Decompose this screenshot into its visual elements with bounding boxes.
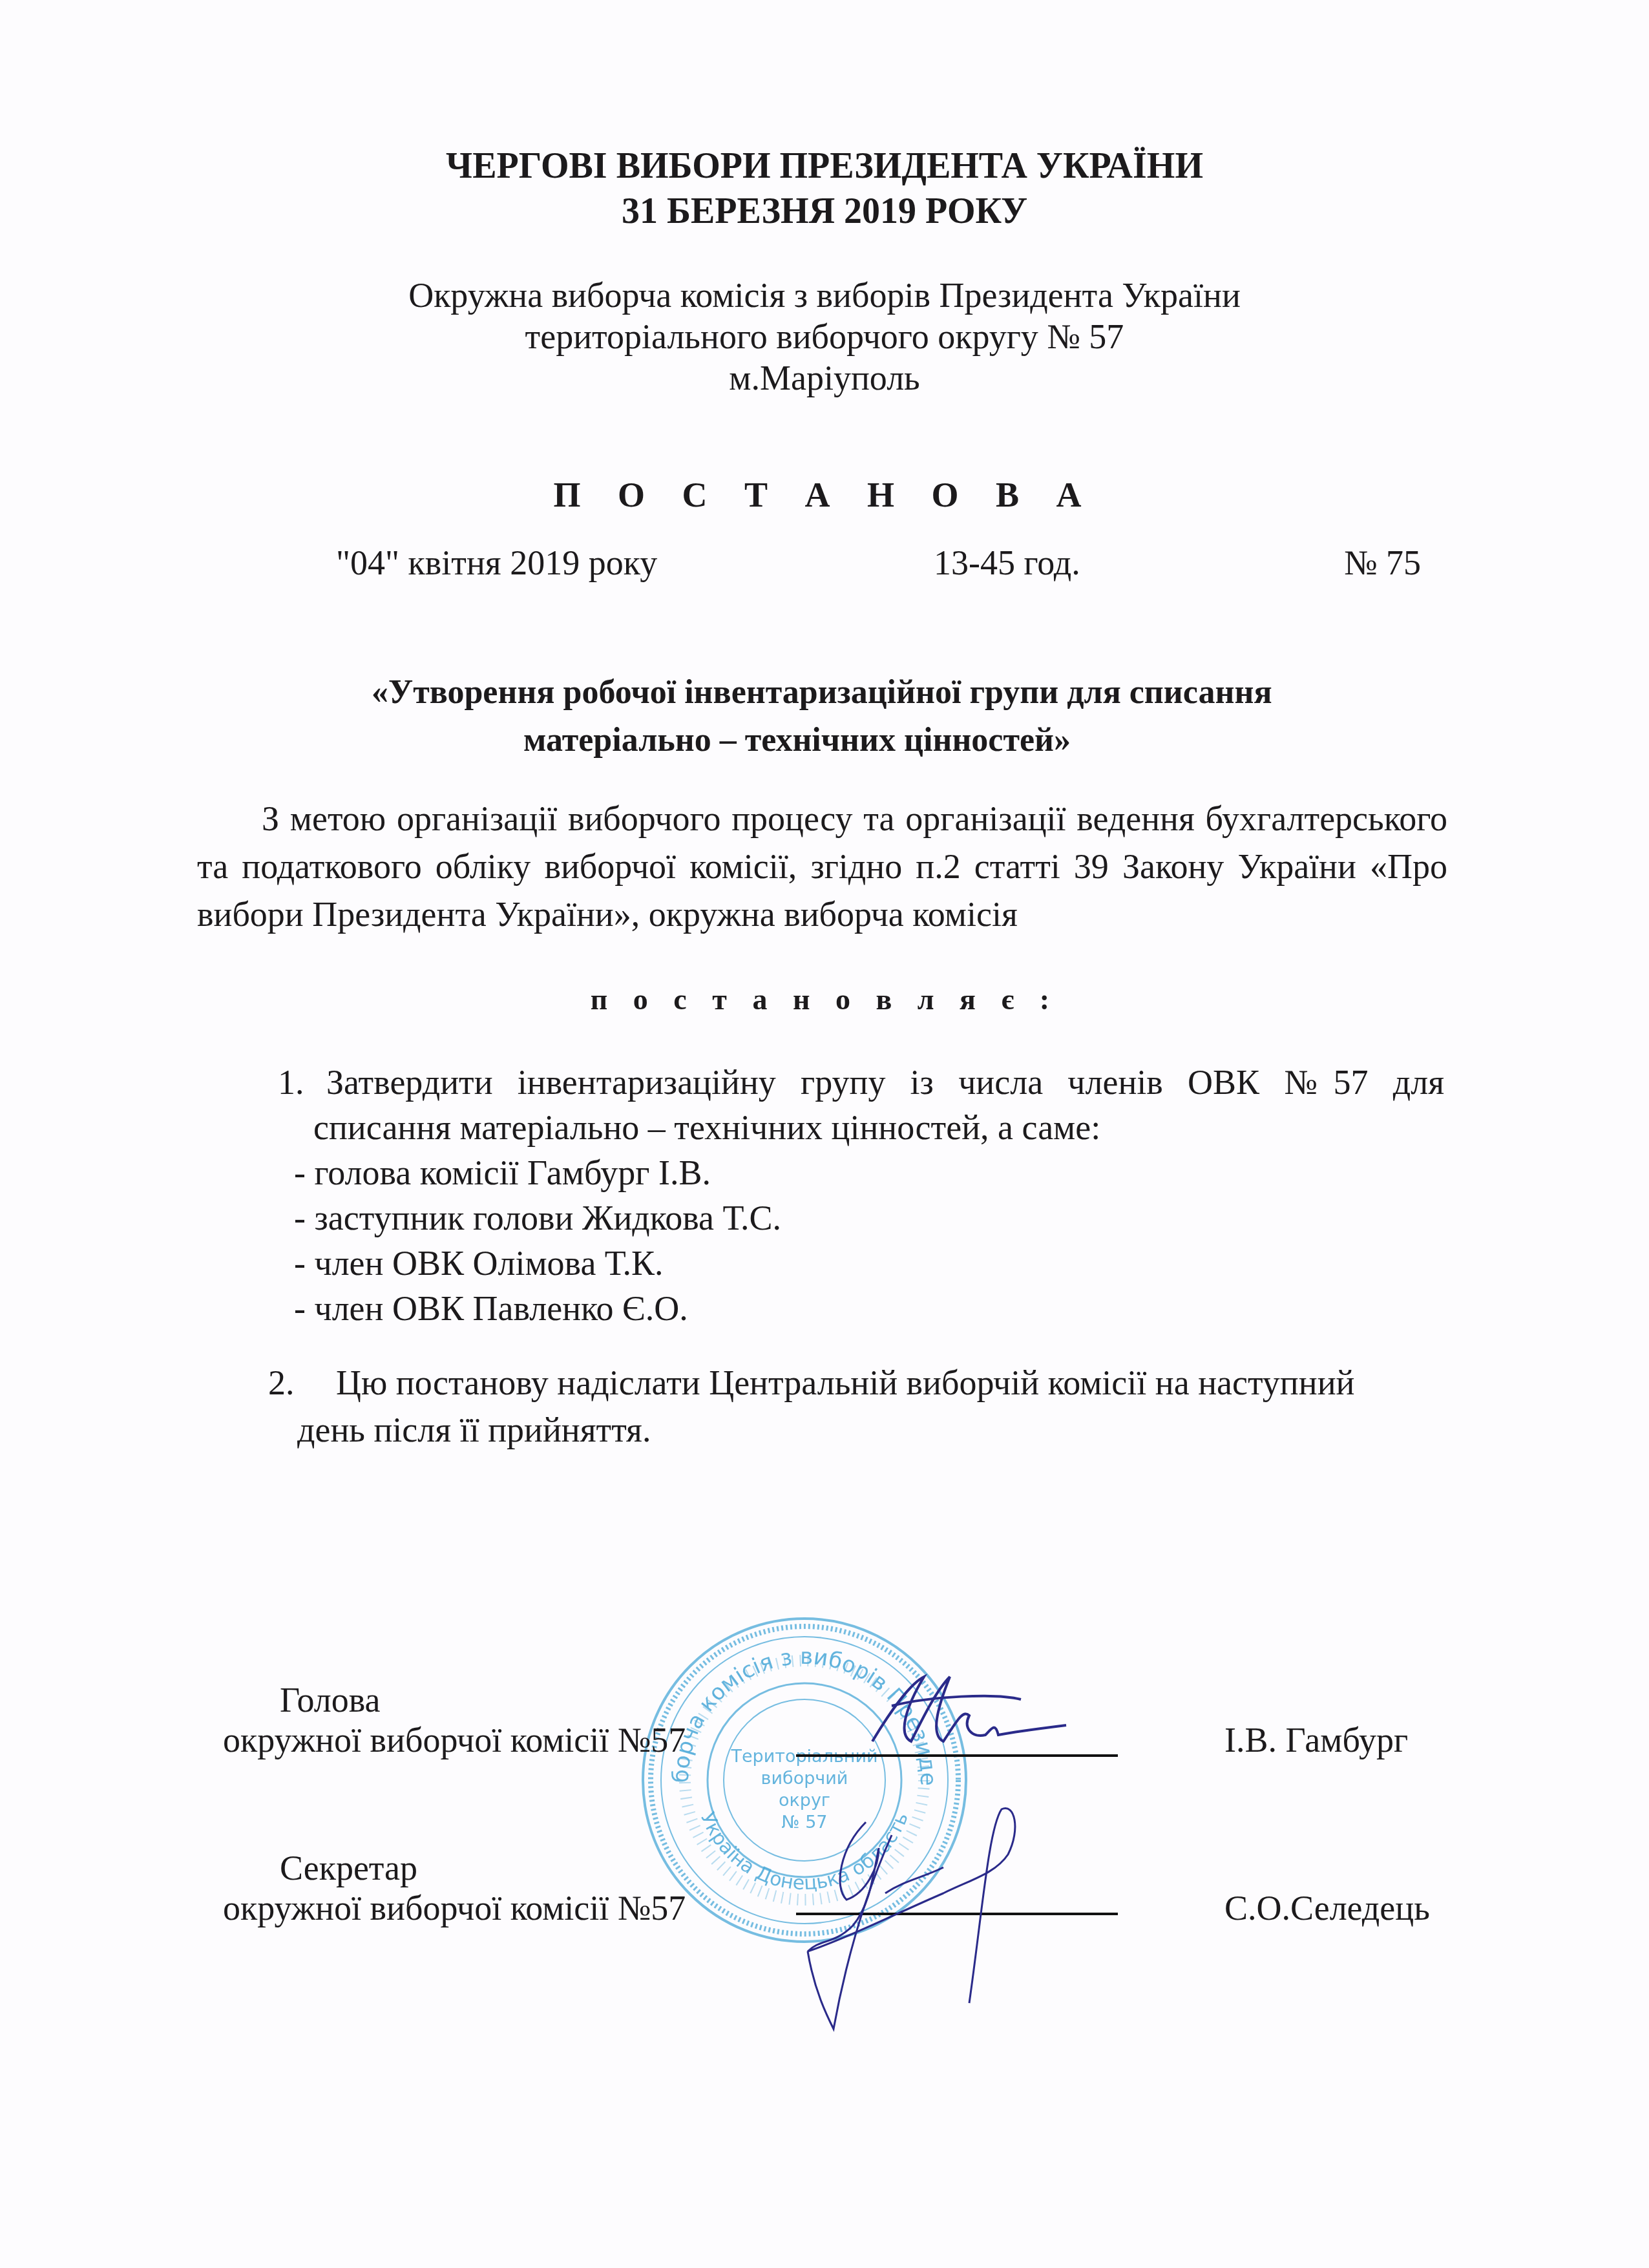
commission-city: м.Маріуполь <box>0 357 1649 399</box>
election-title-line2: 31 БЕРЕЗНЯ 2019 РОКУ <box>0 189 1649 234</box>
member-list-item: - член ОВК Олімова Т.К. <box>294 1241 663 1286</box>
chairman-role: Голова <box>280 1680 380 1720</box>
chairman-commission: окружної виборчої комісії №57 <box>223 1720 686 1760</box>
secretary-name: С.О.Селедець <box>1224 1888 1430 1928</box>
member-list-item: - голова комісії Гамбург І.В. <box>294 1150 711 1195</box>
item-1-text-line2: списання матеріально – технічних цінност… <box>313 1105 1100 1150</box>
decree-word: п о с т а н о в л я є : <box>0 982 1649 1016</box>
item-1-number: 1. <box>278 1060 304 1105</box>
chairman-signature <box>866 1670 1079 1754</box>
member-list-item: - член ОВК Павленко Є.О. <box>294 1286 688 1331</box>
member-list-item: - заступник голови Жидкова Т.С. <box>294 1195 781 1241</box>
subject-line2: матеріально – технічних цінностей» <box>523 717 1071 764</box>
item-2-number: 2. <box>268 1360 295 1405</box>
election-title-line1: ЧЕРГОВІ ВИБОРИ ПРЕЗИДЕНТА УКРАЇНИ <box>0 143 1649 189</box>
document-type-title: П О С Т А Н О В А <box>0 475 1649 515</box>
document-time: 13-45 год. <box>934 543 1080 583</box>
item-1-text-line1: Затвердити інвентаризаційну групу із чис… <box>326 1060 1444 1105</box>
chairman-name: І.В. Гамбург <box>1224 1720 1408 1760</box>
secretary-role: Секретар <box>280 1848 417 1888</box>
signature-icon <box>866 1670 1079 1754</box>
chairman-signature-line <box>796 1754 1118 1757</box>
item-2-text-line1: Цю постанову надіслати Центральній вибор… <box>336 1360 1354 1405</box>
svg-text:виборчий: виборчий <box>761 1769 848 1789</box>
document-number: № 75 <box>1344 543 1421 583</box>
commission-name-line2: територіального виборчого округу № 57 <box>0 316 1649 357</box>
subject-line1: «Утворення робочої інвентаризаційної гру… <box>372 669 1272 717</box>
signature-icon <box>795 1796 1118 2068</box>
document-date: "04" квітня 2019 року <box>336 543 657 583</box>
secretary-commission: окружної виборчої комісії №57 <box>223 1888 686 1928</box>
commission-name-line1: Окружна виборча комісія з виборів Презид… <box>0 275 1649 316</box>
preamble-paragraph: З метою організації виборчого процесу та… <box>197 795 1447 938</box>
item-2-text-line2: день після її прийняття. <box>297 1407 651 1453</box>
secretary-signature <box>795 1796 1118 2068</box>
